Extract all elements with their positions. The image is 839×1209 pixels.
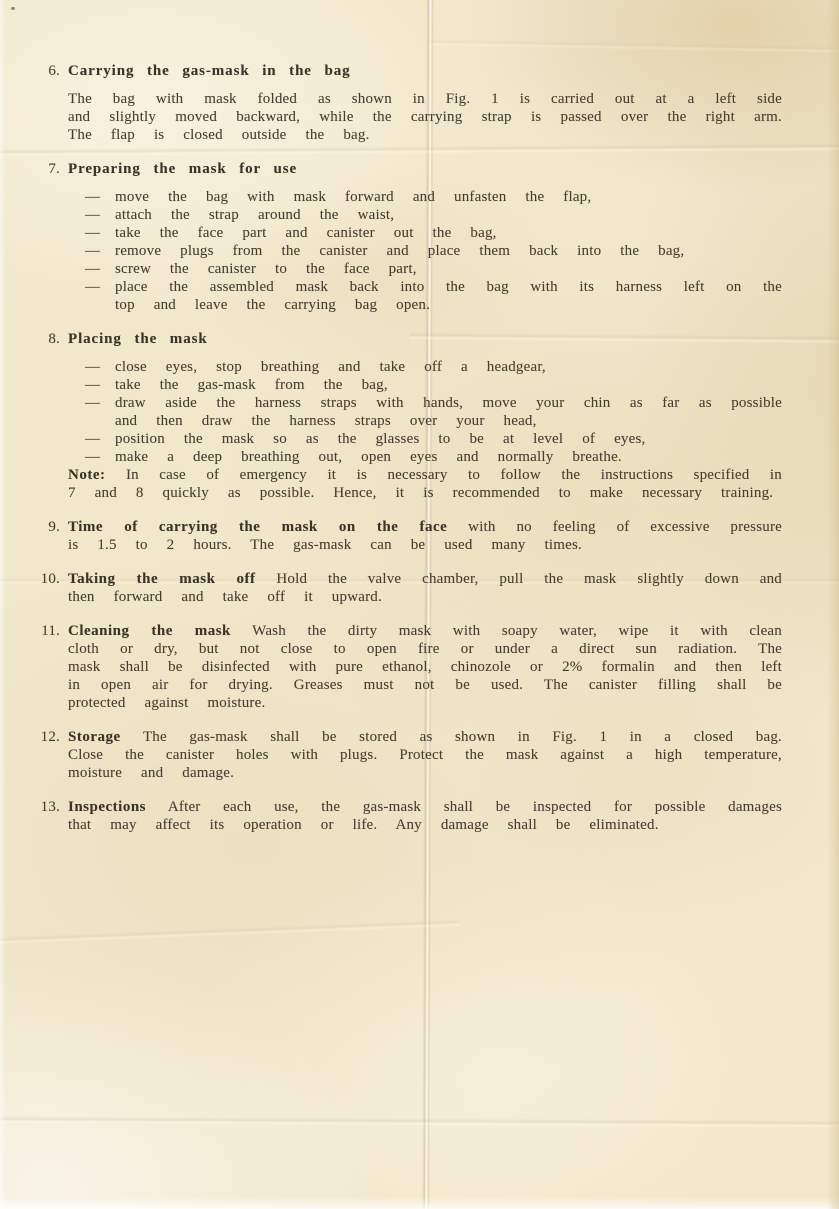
section-lead: Time of carrying the mask on the face bbox=[68, 519, 447, 535]
section-number: 9. bbox=[0, 518, 60, 554]
note-label: Note: bbox=[68, 467, 105, 483]
list-item-text: remove plugs from the canister and place… bbox=[115, 243, 684, 259]
section-number: 13. bbox=[0, 798, 60, 834]
dash-bullet-icon: — bbox=[85, 224, 100, 242]
list-item: — take the face part and canister out th… bbox=[68, 224, 782, 242]
note-text: In case of emergency it is necessary to … bbox=[68, 467, 782, 501]
list-item: — make a deep breathing out, open eyes a… bbox=[68, 448, 782, 466]
section-body-text: After each use, the gas-mask shall be in… bbox=[68, 799, 782, 833]
section-paragraph: Storage The gas-mask shall be stored as … bbox=[68, 728, 782, 782]
dash-bullet-icon: — bbox=[85, 376, 100, 394]
section-lead: Taking the mask off bbox=[68, 571, 256, 587]
dash-bullet-icon: — bbox=[85, 242, 100, 260]
section-carrying-time: 9. Time of carrying the mask on the face… bbox=[0, 518, 782, 554]
list-item: — close eyes, stop breathing and take of… bbox=[68, 358, 782, 376]
section-heading: Carrying the gas-mask in the bag bbox=[68, 62, 782, 80]
section-content: Taking the mask off Hold the valve chamb… bbox=[68, 570, 782, 606]
list-item-text: screw the canister to the face part, bbox=[115, 261, 417, 277]
list-item-text: place the assembled mask back into the b… bbox=[115, 279, 782, 313]
section-paragraph: The bag with mask folded as shown in Fig… bbox=[68, 90, 782, 144]
dash-bullet-icon: — bbox=[85, 430, 100, 448]
diagonal-wrinkle bbox=[0, 919, 460, 945]
list-item: — screw the canister to the face part, bbox=[68, 260, 782, 278]
section-heading: Placing the mask bbox=[68, 330, 782, 348]
list-item: — place the assembled mask back into the… bbox=[68, 278, 782, 314]
section-body-text: The gas-mask shall be stored as shown in… bbox=[68, 729, 782, 781]
dash-bullet-icon: — bbox=[85, 448, 100, 466]
list-item: — move the bag with mask forward and unf… bbox=[68, 188, 782, 206]
section-paragraph: Inspections After each use, the gas-mask… bbox=[68, 798, 782, 834]
section-storage: 12. Storage The gas-mask shall be stored… bbox=[0, 728, 782, 782]
section-paragraph: Cleaning the mask Wash the dirty mask wi… bbox=[68, 622, 782, 712]
list-item: — take the gas-mask from the bag, bbox=[68, 376, 782, 394]
paper-edge-highlight bbox=[0, 1197, 839, 1209]
list-item-text: make a deep breathing out, open eyes and… bbox=[115, 449, 622, 465]
list-item-text: draw aside the harness straps with hands… bbox=[115, 395, 782, 429]
list-item-text: position the mask so as the glasses to b… bbox=[115, 431, 645, 447]
section-placing: 8. Placing the mask — close eyes, stop b… bbox=[0, 330, 782, 502]
instruction-text-block: 6. Carrying the gas-mask in the bag The … bbox=[0, 0, 839, 834]
section-number: 6. bbox=[0, 62, 60, 144]
section-paragraph: Time of carrying the mask on the face wi… bbox=[68, 518, 782, 554]
dash-bullet-icon: — bbox=[85, 278, 100, 296]
section-cleaning: 11. Cleaning the mask Wash the dirty mas… bbox=[0, 622, 782, 712]
section-number: 10. bbox=[0, 570, 60, 606]
list-item: — remove plugs from the canister and pla… bbox=[68, 242, 782, 260]
list-item-text: close eyes, stop breathing and take off … bbox=[115, 359, 546, 375]
section-content: Inspections After each use, the gas-mask… bbox=[68, 798, 782, 834]
section-number: 12. bbox=[0, 728, 60, 782]
list-item: — draw aside the harness straps with han… bbox=[68, 394, 782, 430]
section-heading: Preparing the mask for use bbox=[68, 160, 782, 178]
section-content: Cleaning the mask Wash the dirty mask wi… bbox=[68, 622, 782, 712]
dash-bullet-icon: — bbox=[85, 260, 100, 278]
list-item-text: take the gas-mask from the bag, bbox=[115, 377, 388, 393]
section-preparing: 7. Preparing the mask for use — move the… bbox=[0, 160, 782, 314]
section-content: Placing the mask — close eyes, stop brea… bbox=[68, 330, 782, 502]
note-paragraph: Note: In case of emergency it is necessa… bbox=[68, 466, 782, 502]
section-lead: Cleaning the mask bbox=[68, 623, 231, 639]
section-number: 8. bbox=[0, 330, 60, 502]
section-content: Preparing the mask for use — move the ba… bbox=[68, 160, 782, 314]
dash-bullet-icon: — bbox=[85, 394, 100, 412]
section-taking-off: 10. Taking the mask off Hold the valve c… bbox=[0, 570, 782, 606]
list-item: — position the mask so as the glasses to… bbox=[68, 430, 782, 448]
list-item-text: attach the strap around the waist, bbox=[115, 207, 394, 223]
list-item-text: take the face part and canister out the … bbox=[115, 225, 497, 241]
section-content: Time of carrying the mask on the face wi… bbox=[68, 518, 782, 554]
list-item: — attach the strap around the waist, bbox=[68, 206, 782, 224]
horizontal-crease bbox=[0, 1116, 839, 1128]
list-item-text: move the bag with mask forward and unfas… bbox=[115, 189, 591, 205]
section-lead: Inspections bbox=[68, 799, 146, 815]
section-content: Storage The gas-mask shall be stored as … bbox=[68, 728, 782, 782]
section-number: 7. bbox=[0, 160, 60, 314]
section-lead: Storage bbox=[68, 729, 121, 745]
dash-bullet-icon: — bbox=[85, 358, 100, 376]
dash-bullet-icon: — bbox=[85, 206, 100, 224]
section-inspections: 13. Inspections After each use, the gas-… bbox=[0, 798, 782, 834]
section-carrying: 6. Carrying the gas-mask in the bag The … bbox=[0, 62, 782, 144]
section-number: 11. bbox=[0, 622, 60, 712]
scanned-instruction-page: 6. Carrying the gas-mask in the bag The … bbox=[0, 0, 839, 1209]
section-content: Carrying the gas-mask in the bag The bag… bbox=[68, 62, 782, 144]
dash-bullet-icon: — bbox=[85, 188, 100, 206]
section-paragraph: Taking the mask off Hold the valve chamb… bbox=[68, 570, 782, 606]
